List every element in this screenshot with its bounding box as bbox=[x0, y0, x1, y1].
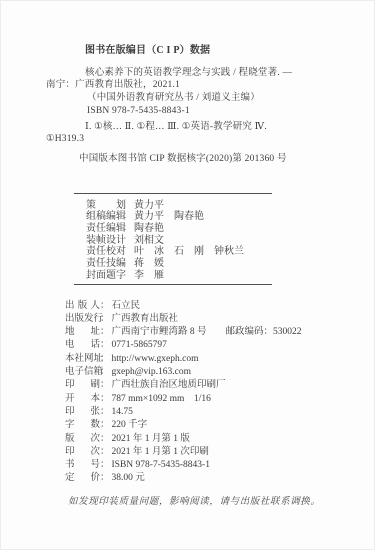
pubinfo-colon: ： bbox=[100, 313, 110, 326]
pubinfo-row: 出版发行：广西教育出版社 bbox=[65, 313, 374, 326]
pubinfo-colon: ： bbox=[100, 393, 110, 406]
pubinfo-label: 出版发行 bbox=[65, 313, 100, 326]
pubinfo-value: http://www.gxeph.com bbox=[112, 354, 199, 364]
credit-row: 组稿编辑黄力平 陶春艳 bbox=[86, 211, 374, 223]
pubinfo-value: 38.00 元 bbox=[112, 473, 145, 483]
credit-row: 策划黄力平 bbox=[86, 200, 374, 212]
pubinfo-row: 电子信箱：gxeph@vip.163.com bbox=[65, 366, 374, 379]
pubinfo-value: 石立民 bbox=[112, 301, 141, 311]
pubinfo-row: 本社网址：http://www.gxeph.com bbox=[65, 353, 374, 366]
credit-role: 责任技编 bbox=[86, 258, 126, 270]
cip-class-line-1: Ⅰ. ①核… Ⅱ. ①程… Ⅲ. ①英语-教学研究 Ⅳ. bbox=[46, 121, 374, 134]
credit-role: 封面题字 bbox=[86, 270, 126, 282]
pubinfo-label: 电子信箱 bbox=[65, 366, 100, 379]
credit-role: 装帧设计 bbox=[86, 235, 126, 247]
pubinfo-value: 2021 年 1 月第 1 版 bbox=[112, 434, 190, 444]
pubinfo-colon: ： bbox=[100, 326, 110, 339]
pubinfo-label: 地址 bbox=[65, 326, 100, 339]
pubinfo-colon: ： bbox=[100, 366, 110, 379]
pubinfo-label: 定价 bbox=[65, 472, 100, 485]
pubinfo-label: 出版人 bbox=[65, 300, 100, 313]
pubinfo-label: 电话 bbox=[65, 339, 100, 352]
quality-notice: 如发现印装质量问题，影响阅读，请与出版社联系调换。 bbox=[68, 493, 374, 507]
pubinfo-value: 787 mm×1092 mm 1/16 bbox=[112, 394, 211, 404]
pubinfo-colon: ： bbox=[100, 339, 110, 352]
pubinfo-row: 电话：0771-5865797 bbox=[65, 339, 374, 352]
credit-role: 责任校对 bbox=[86, 246, 126, 258]
pubinfo-row: 开本：787 mm×1092 mm 1/16 bbox=[65, 393, 374, 406]
credits-block: 策划黄力平 组稿编辑黄力平 陶春艳 责任编辑陶春艳 装帧设计刘相文 责任校对叶 … bbox=[86, 200, 374, 282]
credit-row: 责任校对叶 冰 石 刚 钟秋兰 bbox=[86, 246, 374, 258]
cip-isbn-line: ISBN 978-7-5435-8843-1 bbox=[46, 105, 374, 118]
pubinfo-value: 220 千字 bbox=[112, 420, 148, 430]
pubinfo-label: 开本 bbox=[65, 393, 100, 406]
pubinfo-colon: ： bbox=[100, 419, 110, 432]
credit-role: 组稿编辑 bbox=[86, 211, 126, 223]
pubinfo-label: 印刷 bbox=[65, 379, 100, 392]
pubinfo-colon: ： bbox=[100, 433, 110, 446]
pubinfo-colon: ： bbox=[100, 300, 110, 313]
credit-name: 李 雁 bbox=[134, 270, 164, 281]
pubinfo-value: 广西教育出版社 bbox=[112, 314, 179, 324]
divider-bottom bbox=[74, 284, 272, 285]
pubinfo-label: 印张 bbox=[65, 406, 100, 419]
cip-block: 图书在版编目（C I P）数据 核心素养下的英语教学理念与实践 / 程晓堂著. … bbox=[46, 45, 374, 166]
credit-row: 封面题字李 雁 bbox=[86, 270, 374, 282]
pubinfo-colon: ： bbox=[100, 446, 110, 459]
credit-row: 责任编辑陶春艳 bbox=[86, 223, 374, 235]
pubinfo-value: 14.75 bbox=[112, 407, 133, 417]
pubinfo-value: gxeph@vip.163.com bbox=[112, 367, 191, 377]
pubinfo-row: 版次：2021 年 1 月第 1 版 bbox=[65, 433, 374, 446]
publication-info-block: 出版人：石立民 出版发行：广西教育出版社 地址：广西南宁市鲤湾路 8 号 邮政编… bbox=[65, 300, 374, 486]
pubinfo-row: 定价：38.00 元 bbox=[65, 472, 374, 485]
pubinfo-colon: ： bbox=[100, 472, 110, 485]
pubinfo-colon: ： bbox=[100, 353, 110, 366]
pubinfo-row: 出版人：石立民 bbox=[65, 300, 374, 313]
pubinfo-label: 本社网址 bbox=[65, 353, 100, 366]
pubinfo-value: ISBN 978-7-5435-8843-1 bbox=[112, 460, 210, 470]
pubinfo-label: 版次 bbox=[65, 433, 100, 446]
divider-top bbox=[74, 193, 272, 194]
credit-role: 责任编辑 bbox=[86, 223, 126, 235]
credit-role: 策划 bbox=[86, 200, 126, 212]
pubinfo-colon: ： bbox=[100, 379, 110, 392]
credit-name: 蒋 媛 bbox=[134, 258, 164, 269]
credit-row: 责任技编蒋 媛 bbox=[86, 258, 374, 270]
credit-name: 黄力平 bbox=[134, 200, 164, 211]
pubinfo-row: 印刷：广西壮族自治区地质印刷厂 bbox=[65, 379, 374, 392]
cip-header: 图书在版编目（C I P）数据 bbox=[46, 45, 374, 58]
pubinfo-value: 广西壮族自治区地质印刷厂 bbox=[112, 380, 226, 390]
credit-row: 装帧设计刘相文 bbox=[86, 235, 374, 247]
cip-class-line-2: ①H319.3 bbox=[46, 133, 374, 146]
credit-name: 刘相文 bbox=[134, 235, 164, 246]
pubinfo-value: 0771-5865797 bbox=[112, 340, 167, 350]
pubinfo-row: 印次：2021 年 1 月第 1 次印刷 bbox=[65, 446, 374, 459]
pubinfo-row: 书号：ISBN 978-7-5435-8843-1 bbox=[65, 459, 374, 472]
credit-name: 陶春艳 bbox=[134, 223, 164, 234]
copyright-page: 图书在版编目（C I P）数据 核心素养下的英语教学理念与实践 / 程晓堂著. … bbox=[0, 0, 375, 550]
pubinfo-row: 地址：广西南宁市鲤湾路 8 号 邮政编码：530022 bbox=[65, 326, 374, 339]
credit-name: 黄力平 陶春艳 bbox=[134, 211, 204, 222]
cip-publisher-line: 南宁：广西教育出版社，2021.1 bbox=[46, 79, 374, 92]
credit-name: 叶 冰 石 刚 钟秋兰 bbox=[134, 246, 244, 257]
pubinfo-label: 书号 bbox=[65, 459, 100, 472]
pubinfo-value: 2021 年 1 月第 1 次印刷 bbox=[112, 447, 209, 457]
cip-record-line: 中国版本图书馆 CIP 数据核字(2020)第 201360 号 bbox=[46, 153, 374, 166]
pubinfo-colon: ： bbox=[100, 406, 110, 419]
cip-series-line: （中国外语教育研究丛书 / 刘道义主编） bbox=[46, 92, 374, 105]
cip-title-line: 核心素养下的英语教学理念与实践 / 程晓堂著. — bbox=[46, 67, 374, 80]
pubinfo-row: 印张：14.75 bbox=[65, 406, 374, 419]
pubinfo-label: 印次 bbox=[65, 446, 100, 459]
pubinfo-colon: ： bbox=[100, 459, 110, 472]
pubinfo-value: 广西南宁市鲤湾路 8 号 邮政编码：530022 bbox=[112, 327, 302, 337]
pubinfo-row: 字数：220 千字 bbox=[65, 419, 374, 432]
pubinfo-label: 字数 bbox=[65, 419, 100, 432]
